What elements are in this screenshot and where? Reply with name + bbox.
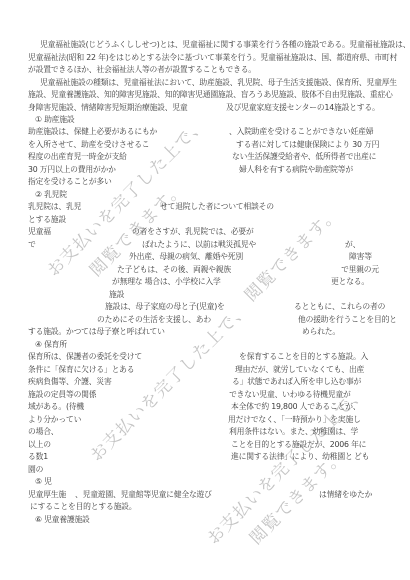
text-segment: 用だけでなく、「一時預かり」を実施し: [228, 414, 361, 425]
text-line: 外出産、母親の病気、離婚や死別障害等: [0, 251, 410, 263]
text-segment: 児童福祉施設(じどうふくししせつ)とは、児童福祉に関する事業を行う各種の施設であ…: [40, 39, 410, 50]
text-segment: を保育することを目的とする施設。入: [239, 351, 368, 362]
text-line: 施設の定員等の関係できない児童、いわゆる待機児童が: [0, 389, 410, 401]
text-line: ⑤ 児: [0, 476, 410, 488]
text-line: でばれたように、以前は戦災孤児やが、: [0, 239, 410, 251]
text-segment: 疾病負傷等、介護、災害: [28, 376, 112, 387]
text-segment: 施設: [109, 289, 124, 300]
text-segment: で里親の元: [341, 264, 379, 275]
text-segment: 更となる。: [331, 276, 369, 287]
text-line: 施設は、母子家庭の母と子(児童)をるとともに、これらの者の: [0, 301, 410, 313]
text-line: する施設。かつては母子寮と呼ばれていめられた。: [0, 326, 410, 338]
text-segment: せて退院した者について相談その: [160, 201, 274, 212]
text-segment: 施設の定員等の関係: [28, 389, 96, 400]
text-segment: 児童福祉法(昭和 22 年)をはじめとする法令に基づいて事業を行う。児童福祉施設…: [28, 52, 397, 63]
text-segment: できない児童、いわゆる待機児童が: [229, 389, 351, 400]
text-line: る数1進に関する法律」により、幼稚園とども: [0, 451, 410, 463]
text-segment: ども: [354, 451, 369, 462]
text-segment: 児童厚生施: [28, 489, 66, 500]
text-segment: 域がある。(待機: [28, 401, 84, 412]
text-line: た子どもは、その後、両親や親族で里親の元: [0, 264, 410, 276]
text-line: 保育所は、保護者の委託を受けてを保育することを目的とする施設。入: [0, 351, 410, 363]
text-line: ① 助産施設: [0, 114, 410, 126]
text-segment: の者をさすが、乳児院では、必要が: [132, 226, 254, 237]
text-segment: 利用条件はない。また、幼稚園は、学: [229, 426, 358, 437]
text-line: 以上のことを目的とする施設だが、2006 年に: [0, 439, 410, 451]
text-segment: にすることを目的とする施設。: [30, 501, 136, 512]
text-line: ④ 保育所: [0, 339, 410, 351]
text-segment: 児童福: [28, 226, 51, 237]
text-segment: められた。: [302, 326, 340, 337]
text-line: を入所させて、助産を受けさせるこする者に対しては健康保険により 30 万円: [0, 139, 410, 151]
text-segment: 及び児童家庭支援センターの14施設とする。: [226, 102, 380, 113]
text-segment: ない生活保護受給者や、低所得者で出産に: [232, 151, 376, 162]
text-line: 疾病負傷等、介護、災害る」状態であれば入所を申し込む事が: [0, 376, 410, 388]
text-line: 児童福祉施設(じどうふくししせつ)とは、児童福祉に関する事業を行う各種の施設であ…: [0, 39, 410, 51]
text-line: 児童福祉施設の種類は、児童福祉法において、助産施設、乳児院、母子生活支援施設、保…: [0, 77, 410, 89]
text-line: 園の: [0, 464, 410, 476]
text-segment: 進に関する法律」により、幼稚園と: [231, 451, 353, 462]
text-segment: ⑤ 児: [35, 476, 52, 487]
text-segment: 助産施設は、保健上必要があるにもか: [28, 126, 157, 137]
text-segment: 婦人科を有する病院や助産院等が: [239, 164, 353, 175]
text-segment: 、入院助産を受けることができない妊産婦: [229, 126, 373, 137]
text-segment: 指定を受けることが多い: [28, 176, 112, 187]
text-segment: のためにその生活を支援し、あわ: [97, 314, 211, 325]
text-line: 30 万円以上の費用がかか婦人科を有する病院や助産院等が: [0, 164, 410, 176]
text-line: 指定を受けることが多い: [0, 176, 410, 188]
text-line: とする施設: [0, 214, 410, 226]
text-segment: が設置できるほか、社会福祉法人等の者が設置することもできる。: [28, 64, 256, 75]
text-segment: 施設は、母子家庭の母と子(児童)を: [105, 301, 225, 312]
text-segment: ばれたように、以前は戦災孤児や: [142, 239, 256, 250]
text-segment: 以上の: [28, 439, 51, 450]
text-segment: ⑥ 児童養護施設: [35, 514, 90, 525]
text-segment: が、: [345, 239, 360, 250]
text-segment: の場合、: [28, 426, 58, 437]
text-segment: 条件に「保育に欠ける」とある: [28, 364, 134, 375]
text-segment: ② 乳児院: [35, 189, 67, 200]
text-line: のためにその生活を支援し、あわ他の援助を行うことを目的と: [0, 314, 410, 326]
text-segment: は情緒をゆたか: [319, 489, 372, 500]
text-segment: が無理な 場合は、小学校に入学: [112, 276, 221, 287]
text-line: 児童福祉法(昭和 22 年)をはじめとする法令に基づいて事業を行う。児童福祉施設…: [0, 52, 410, 64]
text-segment: 他の援助を行うことを目的と: [298, 314, 397, 325]
text-segment: ① 助産施設: [35, 114, 74, 125]
text-line: より分かってい用だけでなく、「一時預かり」を実施し: [0, 414, 410, 426]
text-segment: 、児童遊園、児童館等児童に健全な遊び: [75, 489, 212, 500]
document-page: 児童福祉施設(じどうふくししせつ)とは、児童福祉に関する事業を行う各種の施設であ…: [0, 0, 410, 580]
text-segment: より分かってい: [28, 414, 81, 425]
text-line: 域がある。(待機本全体で約 19,800 人であることが、: [0, 401, 410, 413]
text-segment: 児童福祉施設の種類は、児童福祉法において、助産施設、乳児院、母子生活支援施設、保…: [40, 77, 397, 88]
text-segment: する施設。かつては母子寮と呼ばれてい: [28, 326, 165, 337]
text-segment: 障害等: [349, 251, 372, 262]
text-segment: 理由だが、就労していなくても、出産: [235, 364, 364, 375]
text-segment: るとともに、これらの者の: [294, 301, 385, 312]
text-line: ② 乳児院: [0, 189, 410, 201]
text-segment: を入所させて、助産を受けさせるこ: [28, 139, 149, 150]
text-line: 施設: [0, 289, 410, 301]
text-segment: 乳児院は、乳児: [28, 201, 81, 212]
text-segment: ことを目的とする施設だが、2006 年に: [231, 439, 366, 450]
text-line: の場合、利用条件はない。また、幼稚園は、学: [0, 426, 410, 438]
text-segment: 本全体で約 19,800 人であることが、: [231, 401, 360, 412]
text-segment: とする施設: [28, 214, 66, 225]
text-line: にすることを目的とする施設。: [0, 501, 410, 513]
text-line: が無理な 場合は、小学校に入学更となる。: [0, 276, 410, 288]
text-segment: ④ 保育所: [35, 339, 67, 350]
text-line: 程度の出産育児一時金が支給ない生活保護受給者や、低所得者で出産に: [0, 151, 410, 163]
text-line: 乳児院は、乳児せて退院した者について相談その: [0, 201, 410, 213]
text-segment: 程度の出産育児一時金が支給: [28, 151, 127, 162]
text-segment: る数1: [28, 451, 48, 462]
text-segment: る」状態であれば入所を申し込む事が: [232, 376, 361, 387]
text-segment: 園の: [28, 464, 43, 475]
text-line: 条件に「保育に欠ける」とある理由だが、就労していなくても、出産: [0, 364, 410, 376]
text-segment: 身障害児施設、情緒障害児短期治療施設、児童: [28, 102, 188, 113]
text-segment: た子どもは、その後、両親や親族: [117, 264, 231, 275]
text-line: 身障害児施設、情緒障害児短期治療施設、児童及び児童家庭支援センターの14施設とす…: [0, 102, 410, 114]
text-segment: 外出産、母親の病気、離婚や死別: [129, 251, 243, 262]
text-line: 児童厚生施、児童遊園、児童館等児童に健全な遊びは情緒をゆたか: [0, 489, 410, 501]
text-segment: 30 万円以上の費用がかか: [28, 164, 116, 175]
text-segment: 施設、児童養護施設、知的障害児施設、知的障害児通園施設、盲ろうあ児施設、肢体不自…: [28, 89, 393, 100]
text-line: 児童福の者をさすが、乳児院では、必要が: [0, 226, 410, 238]
text-line: ⑥ 児童養護施設: [0, 514, 410, 526]
text-line: 助産施設は、保健上必要があるにもか、入院助産を受けることができない妊産婦: [0, 126, 410, 138]
text-segment: で: [28, 239, 36, 250]
text-segment: 保育所は、保護者の委託を受けて: [28, 351, 142, 362]
text-line: 施設、児童養護施設、知的障害児施設、知的障害児通園施設、盲ろうあ児施設、肢体不自…: [0, 89, 410, 101]
text-line: が設置できるほか、社会福祉法人等の者が設置することもできる。: [0, 64, 410, 76]
text-segment: する者に対しては健康保険により 30 万円: [236, 139, 379, 150]
